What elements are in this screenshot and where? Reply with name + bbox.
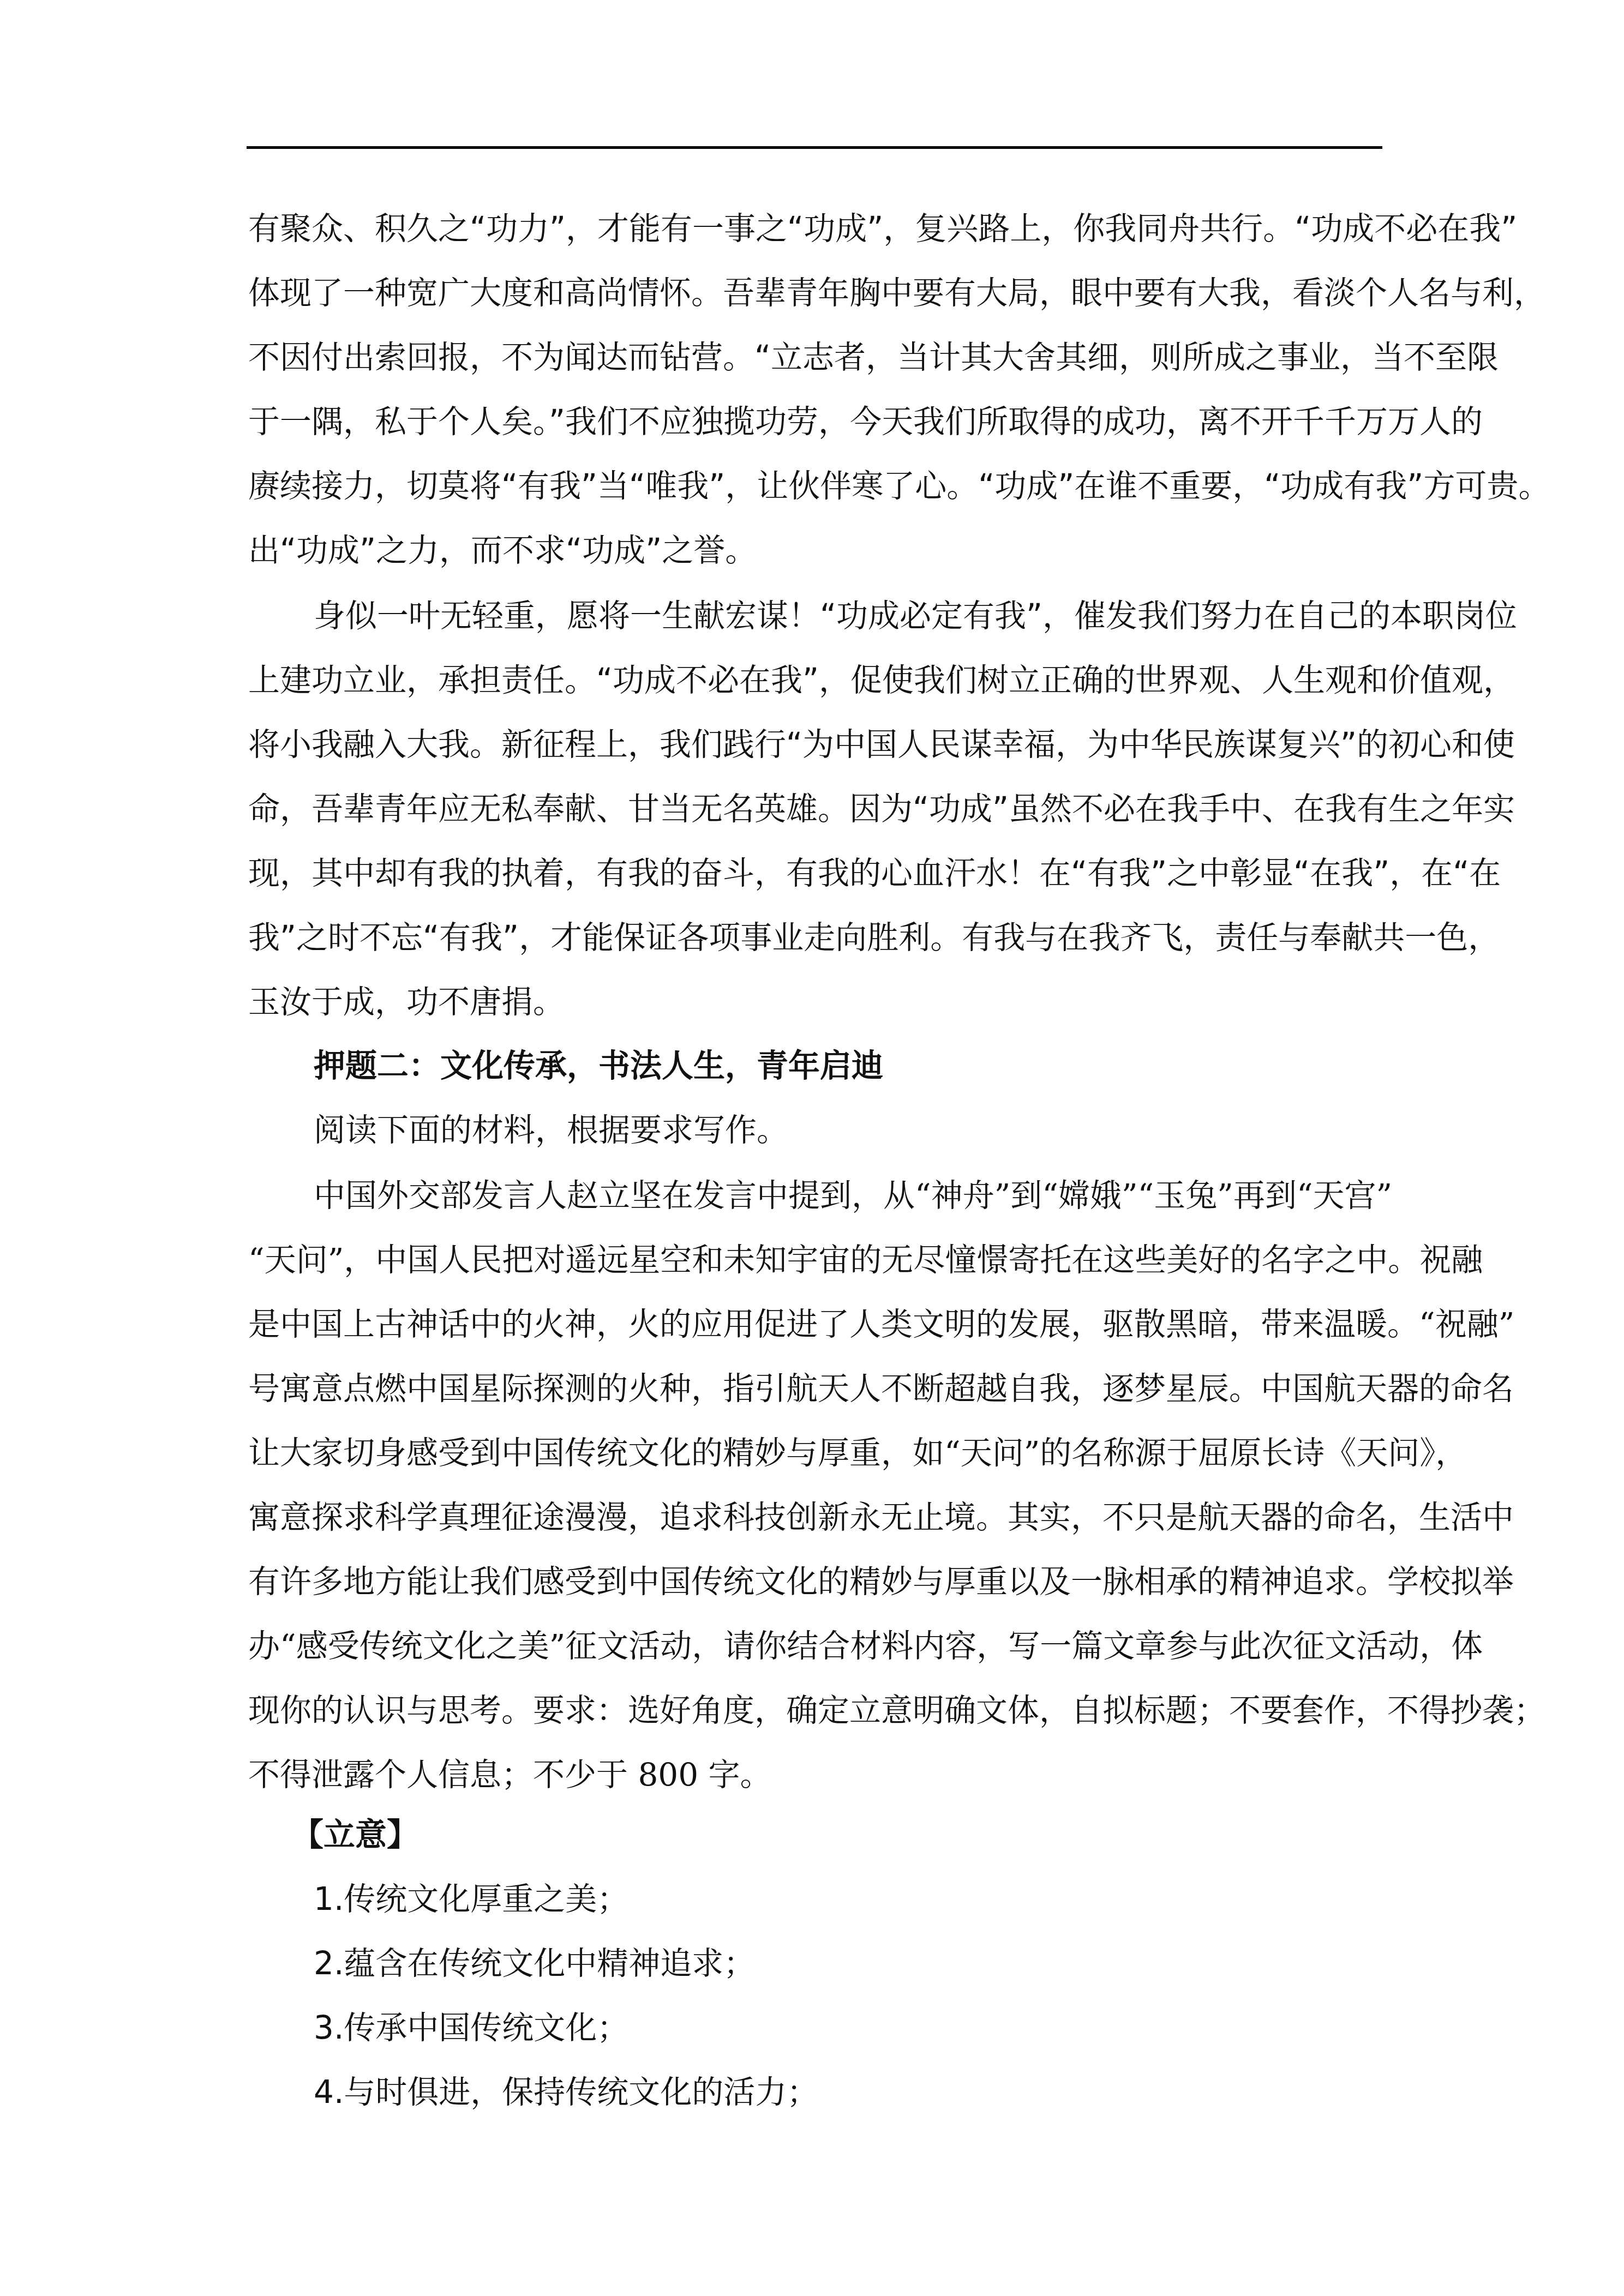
text-line: 有聚众、积久之“功力”，才能有一事之“功成”，复兴路上，你我同舟共行。“功成不必… <box>248 196 1383 261</box>
text-line: 不得泄露个人信息；不少于 800 字。 <box>248 1742 1383 1807</box>
text-line: 身似一叶无轻重，愿将一生献宏谋！“功成必定有我”，催发我们努力在自己的本职岗位 <box>314 584 1383 648</box>
text-line: “天问”，中国人民把对遥远星空和未知宇宙的无尽憧憬寄托在这些美好的名字之中。祝融 <box>248 1228 1383 1292</box>
text-line: 不因付出索回报，不为闻达而钻营。“立志者，当计其大舍其细，则所成之事业，当不至限 <box>248 325 1383 389</box>
text-line: 我”之时不忘“有我”，才能保证各项事业走向胜利。有我与在我齐飞，责任与奉献共一色… <box>248 905 1383 970</box>
text-line: 让大家切身感受到中国传统文化的精妙与厚重，如“天问”的名称源于屈原长诗《天问》， <box>248 1421 1383 1485</box>
header-rule <box>247 146 1382 149</box>
text-line: 命，吾辈青年应无私奉献、甘当无名英雄。因为“功成”虽然不必在我手中、在我有生之年… <box>248 777 1383 841</box>
themes-heading: 【立意】 <box>292 1802 1383 1867</box>
text-line: 体现了一种宽广大度和高尚情怀。吾辈青年胸中要有大局，眼中要有大我，看淡个人名与利… <box>248 261 1383 325</box>
section-heading: 押题二：文化传承，书法人生，青年启迪 <box>314 1033 1383 1098</box>
text-line: 中国外交部发言人赵立坚在发言中提到，从“神舟”到“嫦娥”“玉兔”再到“天宫” <box>314 1163 1383 1228</box>
instruction-text: 阅读下面的材料，根据要求写作。 <box>314 1098 1383 1162</box>
text-line: 玉汝于成，功不唐捐。 <box>248 970 1383 1034</box>
text-line: 现，其中却有我的执着，有我的奋斗，有我的心血汗水！在“有我”之中彰显“在我”，在… <box>248 841 1383 905</box>
text-line: 上建功立业，承担责任。“功成不必在我”，促使我们树立正确的世界观、人生观和价值观… <box>248 648 1383 712</box>
theme-item: 2.蕴含在传统文化中精神追求； <box>314 1931 1383 1996</box>
theme-item: 3.传承中国传统文化； <box>314 1996 1383 2060</box>
text-line: 于一隅，私于个人矣。”我们不应独揽功劳，今天我们所取得的成功，离不开千千万万人的 <box>248 389 1383 454</box>
text-line: 是中国上古神话中的火神，火的应用促进了人类文明的发展，驱散黑暗，带来温暖。“祝融… <box>248 1292 1383 1356</box>
text-line: 号寓意点燃中国星际探测的火种，指引航天人不断超越自我，逐梦星辰。中国航天器的命名 <box>248 1356 1383 1421</box>
theme-item: 4.与时俱进，保持传统文化的活力； <box>314 2060 1383 2124</box>
theme-item: 1.传统文化厚重之美； <box>314 1867 1383 1931</box>
text-line: 现你的认识与思考。要求：选好角度，确定立意明确文体，自拟标题；不要套作，不得抄袭… <box>248 1678 1383 1742</box>
text-line: 寓意探求科学真理征途漫漫，追求科技创新永无止境。其实，不只是航天器的命名，生活中 <box>248 1485 1383 1549</box>
text-line: 办“感受传统文化之美”征文活动，请你结合材料内容，写一篇文章参与此次征文活动，体 <box>248 1614 1383 1678</box>
text-line: 赓续接力，切莫将“有我”当“唯我”，让伙伴寒了心。“功成”在谁不重要，“功成有我… <box>248 454 1383 518</box>
text-line: 出“功成”之力，而不求“功成”之誉。 <box>248 518 1383 582</box>
text-line: 将小我融入大我。新征程上，我们践行“为中国人民谋幸福，为中华民族谋复兴”的初心和… <box>248 712 1383 777</box>
text-line: 有许多地方能让我们感受到中国传统文化的精妙与厚重以及一脉相承的精神追求。学校拟举 <box>248 1549 1383 1614</box>
